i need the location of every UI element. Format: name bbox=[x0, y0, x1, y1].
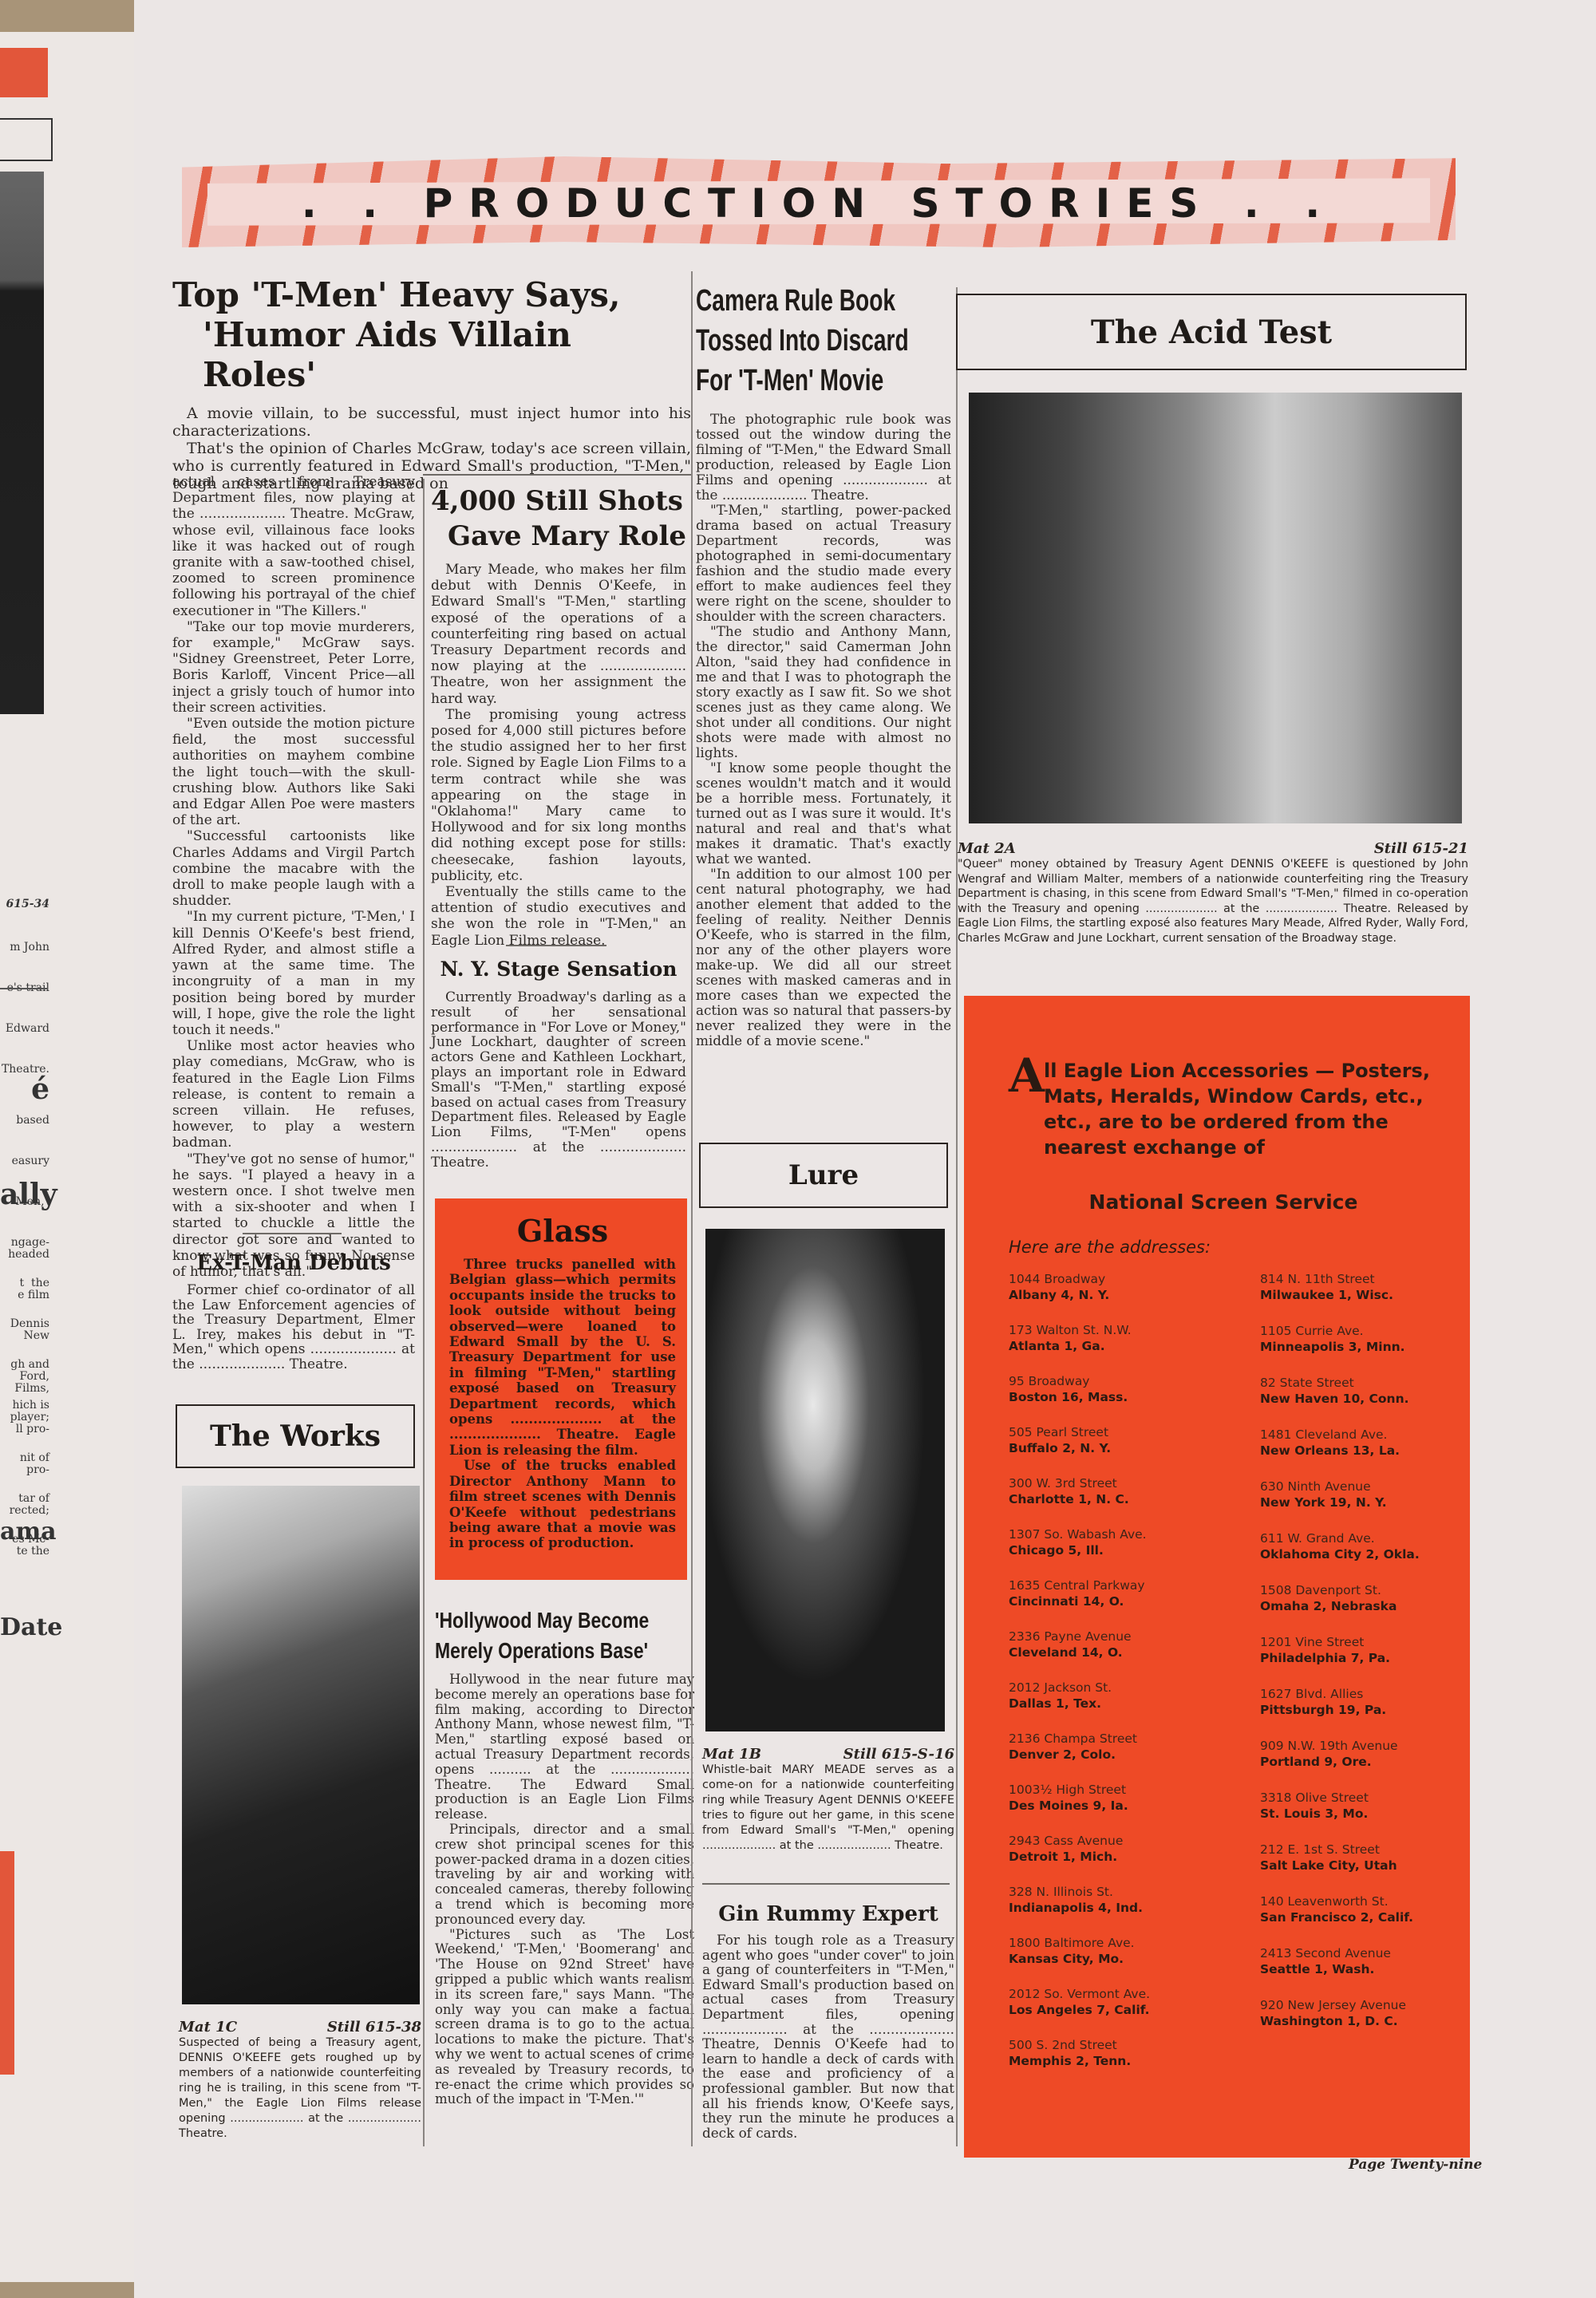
article-body: Mary Meade, who makes her film debut wit… bbox=[431, 562, 686, 949]
address-entry: 909 N.W. 19th AvenuePortland 9, Ore. bbox=[1260, 1738, 1499, 1790]
left-photo-fragment bbox=[0, 172, 44, 714]
paragraph: "The studio and Anthony Mann, the direct… bbox=[696, 624, 951, 760]
street: 920 New Jersey Avenue bbox=[1260, 1997, 1499, 2013]
address-entry: 1635 Central ParkwayCincinnati 14, O. bbox=[1009, 1577, 1260, 1629]
article-body: Hollywood in the near future may become … bbox=[435, 1672, 694, 2107]
street: 2943 Cass Avenue bbox=[1009, 1833, 1260, 1849]
acid-test-title-box: The Acid Test bbox=[956, 294, 1467, 370]
left-title-box-fragment bbox=[0, 118, 53, 161]
city: Charlotte 1, N. C. bbox=[1009, 1491, 1260, 1508]
article-4000-still-shots: 4,000 Still Shots Gave Mary Role Mary Me… bbox=[431, 484, 686, 949]
city: Indianapolis 4, Ind. bbox=[1009, 1900, 1260, 1917]
street: 82 State Street bbox=[1260, 1375, 1499, 1391]
city: St. Louis 3, Mo. bbox=[1260, 1806, 1499, 1822]
city: Portland 9, Ore. bbox=[1260, 1754, 1499, 1771]
address-entry: 505 Pearl StreetBuffalo 2, N. Y. bbox=[1009, 1424, 1260, 1475]
address-entry: 630 Ninth AvenueNew York 19, N. Y. bbox=[1260, 1479, 1499, 1530]
paragraph: Former chief co-ordinator of all the Law… bbox=[172, 1283, 415, 1372]
street: 173 Walton St. N.W. bbox=[1009, 1322, 1260, 1338]
headline: Gin Rummy Expert bbox=[702, 1902, 954, 1926]
address-entry: 1307 So. Wabash Ave.Chicago 5, Ill. bbox=[1009, 1526, 1260, 1577]
caption-header: Mat 1C Still 615-38 bbox=[179, 2019, 421, 2035]
street: 212 E. 1st S. Street bbox=[1260, 1842, 1499, 1858]
banner-title: . . PRODUCTION STORIES . . bbox=[182, 168, 1456, 239]
city: Dallas 1, Tex. bbox=[1009, 1696, 1260, 1712]
paragraph: "Successful cartoonists like Charles Add… bbox=[172, 828, 415, 909]
headline-line-2: Tossed Into Discard bbox=[696, 321, 885, 361]
headline-line-2: Gave Mary Role bbox=[431, 519, 686, 554]
headline-line-2: Merely Operations Base' bbox=[435, 1636, 648, 1666]
paragraph: Mary Meade, who makes her film debut wit… bbox=[431, 562, 686, 707]
paragraph: Currently Broadway's darling as a result… bbox=[431, 990, 686, 1171]
headline-line-1: 4,000 Still Shots bbox=[431, 484, 686, 519]
street: 1627 Blvd. Allies bbox=[1260, 1686, 1499, 1702]
box-top-rule bbox=[423, 474, 691, 476]
paragraph: For his tough role as a Treasury agent w… bbox=[702, 1933, 954, 2140]
paragraph: The promising young actress posed for 4,… bbox=[431, 707, 686, 884]
left-still-number: 615-34 bbox=[0, 898, 49, 911]
city: Cleveland 14, O. bbox=[1009, 1645, 1260, 1661]
drop-cap: A bbox=[1009, 1055, 1045, 1096]
headline-line-1: Camera Rule Book bbox=[696, 281, 885, 321]
paragraph: "In my current picture, 'T-Men,' I kill … bbox=[172, 909, 415, 1038]
city: New Haven 10, Conn. bbox=[1260, 1391, 1499, 1408]
paragraph: Use of the trucks enabled Director Antho… bbox=[449, 1458, 676, 1550]
address-entry: 1481 Cleveland Ave.New Orleans 13, La. bbox=[1260, 1427, 1499, 1479]
city: Seattle 1, Wash. bbox=[1260, 1961, 1499, 1978]
the-works-photo bbox=[182, 1486, 420, 2004]
column-rule bbox=[423, 479, 425, 2146]
address-entry: 2413 Second AvenueSeattle 1, Wash. bbox=[1260, 1945, 1499, 1997]
article-body: Three trucks panelled with Belgian glass… bbox=[449, 1257, 676, 1551]
street: 2413 Second Avenue bbox=[1260, 1945, 1499, 1961]
street: 2012 Jackson St. bbox=[1009, 1680, 1260, 1696]
street: 300 W. 3rd Street bbox=[1009, 1475, 1260, 1491]
city: San Francisco 2, Calif. bbox=[1260, 1909, 1499, 1926]
article-gin-rummy-expert: Gin Rummy Expert For his tough role as a… bbox=[702, 1902, 954, 2140]
city: Washington 1, D. C. bbox=[1260, 2013, 1499, 2030]
nss-lead-text: A ll Eagle Lion Accessories — Posters, M… bbox=[1009, 1058, 1438, 1160]
street: 1508 Davenport St. bbox=[1260, 1582, 1499, 1598]
city: Cincinnati 14, O. bbox=[1009, 1593, 1260, 1610]
fragment-line: ama bbox=[0, 1516, 49, 1548]
address-entry: 82 State StreetNew Haven 10, Conn. bbox=[1260, 1375, 1499, 1427]
city: Albany 4, N. Y. bbox=[1009, 1287, 1260, 1304]
address-column-right: 814 N. 11th StreetMilwaukee 1, Wisc. 110… bbox=[1260, 1271, 1499, 2088]
article-camera-rule-book: Camera Rule Book Tossed Into Discard For… bbox=[696, 281, 951, 1048]
street: 1105 Currie Ave. bbox=[1260, 1323, 1499, 1339]
street: 505 Pearl Street bbox=[1009, 1424, 1260, 1440]
column-rule bbox=[956, 287, 958, 2146]
street: 1201 Vine Street bbox=[1260, 1634, 1499, 1650]
address-entry: 1105 Currie Ave.Minneapolis 3, Minn. bbox=[1260, 1323, 1499, 1375]
street: 2136 Champa Street bbox=[1009, 1731, 1260, 1747]
address-entry: 3318 Olive StreetSt. Louis 3, Mo. bbox=[1260, 1790, 1499, 1842]
street: 140 Leavenworth St. bbox=[1260, 1893, 1499, 1909]
street: 2012 So. Vermont Ave. bbox=[1009, 1986, 1260, 2002]
paragraph: "T-Men," startling, power-packed drama b… bbox=[696, 503, 951, 624]
address-entry: 920 New Jersey AvenueWashington 1, D. C. bbox=[1260, 1997, 1499, 2049]
article-body: Currently Broadway's darling as a result… bbox=[431, 990, 686, 1171]
city: Los Angeles 7, Calif. bbox=[1009, 2002, 1260, 2019]
address-entry: 140 Leavenworth St.San Francisco 2, Cali… bbox=[1260, 1893, 1499, 1945]
headline-line-1: 'Hollywood May Become bbox=[435, 1605, 648, 1636]
street: 1003½ High Street bbox=[1009, 1782, 1260, 1798]
street: 1481 Cleveland Ave. bbox=[1260, 1427, 1499, 1443]
city: Buffalo 2, N. Y. bbox=[1009, 1440, 1260, 1457]
paragraph: The photographic rule book was tossed ou… bbox=[696, 412, 951, 503]
glass-article-box: Glass Three trucks panelled with Belgian… bbox=[435, 1198, 687, 1580]
city: Minneapolis 3, Minn. bbox=[1260, 1339, 1499, 1356]
city: Boston 16, Mass. bbox=[1009, 1389, 1260, 1406]
address-entry: 2136 Champa StreetDenver 2, Colo. bbox=[1009, 1731, 1260, 1782]
headline: Ex-T-Man Debuts bbox=[172, 1251, 415, 1275]
address-entry: 300 W. 3rd StreetCharlotte 1, N. C. bbox=[1009, 1475, 1260, 1526]
left-rule bbox=[0, 988, 48, 989]
city: Des Moines 9, Ia. bbox=[1009, 1798, 1260, 1814]
paragraph: "Even outside the motion picture field, … bbox=[172, 716, 415, 828]
address-entry: 173 Walton St. N.W.Atlanta 1, Ga. bbox=[1009, 1322, 1260, 1373]
paragraph: A movie villain, to be successful, must … bbox=[172, 405, 691, 440]
the-works-caption: Mat 1C Still 615-38 Suspected of being a… bbox=[179, 2019, 421, 2142]
article-ny-stage-sensation: N. Y. Stage Sensation Currently Broadway… bbox=[431, 958, 686, 1171]
addresses-label: Here are the addresses: bbox=[1009, 1238, 1438, 1257]
headline-line-1: Top 'T-Men' Heavy Says, bbox=[172, 275, 691, 315]
paragraph: Principals, director and a small crew sh… bbox=[435, 1822, 694, 1928]
address-entry: 1508 Davenport St.Omaha 2, Nebraska bbox=[1260, 1582, 1499, 1634]
city: Philadelphia 7, Pa. bbox=[1260, 1650, 1499, 1667]
mat-number: Mat 1C bbox=[179, 2019, 237, 2035]
street: 1044 Broadway bbox=[1009, 1271, 1260, 1287]
street: 611 W. Grand Ave. bbox=[1260, 1530, 1499, 1546]
lead-text: ll Eagle Lion Accessories — Posters, Mat… bbox=[1044, 1060, 1430, 1159]
paragraph: "Take our top movie murderers, for examp… bbox=[172, 619, 415, 716]
street: 1635 Central Parkway bbox=[1009, 1577, 1260, 1593]
lure-title-box: Lure bbox=[699, 1143, 948, 1208]
fragment-line: e film bbox=[0, 1289, 49, 1302]
mat-number: Mat 1B bbox=[702, 1746, 761, 1763]
street: 3318 Olive Street bbox=[1260, 1790, 1499, 1806]
city: Chicago 5, Ill. bbox=[1009, 1542, 1260, 1559]
city: Kansas City, Mo. bbox=[1009, 1951, 1260, 1968]
address-entry: 2012 So. Vermont Ave.Los Angeles 7, Cali… bbox=[1009, 1986, 1260, 2037]
mat-number: Mat 2A bbox=[958, 840, 1016, 857]
street: 328 N. Illinois St. bbox=[1009, 1884, 1260, 1900]
still-number: Still 615-21 bbox=[1374, 840, 1468, 857]
article-hollywood-operations-base: 'Hollywood May Become Merely Operations … bbox=[435, 1605, 694, 2107]
fragment-line: m John bbox=[0, 941, 49, 954]
street: 909 N.W. 19th Avenue bbox=[1260, 1738, 1499, 1754]
national-screen-service-box: A ll Eagle Lion Accessories — Posters, M… bbox=[964, 996, 1470, 2158]
address-entry: 1044 BroadwayAlbany 4, N. Y. bbox=[1009, 1271, 1260, 1322]
city: Oklahoma City 2, Okla. bbox=[1260, 1546, 1499, 1563]
service-name: National Screen Service bbox=[1009, 1190, 1438, 1214]
divider bbox=[506, 945, 606, 946]
city: Atlanta 1, Ga. bbox=[1009, 1338, 1260, 1355]
street: 2336 Payne Avenue bbox=[1009, 1629, 1260, 1645]
city: Pittsburgh 19, Pa. bbox=[1260, 1702, 1499, 1719]
article-body: For his tough role as a Treasury agent w… bbox=[702, 1933, 954, 2140]
paragraph: Unlike most actor heavies who play comed… bbox=[172, 1038, 415, 1151]
street: 500 S. 2nd Street bbox=[1009, 2037, 1260, 2053]
divider bbox=[243, 1233, 342, 1234]
fragment-line: Films, bbox=[0, 1382, 49, 1396]
address-entry: 212 E. 1st S. StreetSalt Lake City, Utah bbox=[1260, 1842, 1499, 1893]
city: Milwaukee 1, Wisc. bbox=[1260, 1287, 1499, 1304]
paragraph: Eventually the stills came to the attent… bbox=[431, 884, 686, 949]
lure-photo bbox=[705, 1229, 945, 1731]
fragment-line: headed bbox=[0, 1248, 49, 1262]
address-entry: 1201 Vine StreetPhiladelphia 7, Pa. bbox=[1260, 1634, 1499, 1686]
paragraph: Three trucks panelled with Belgian glass… bbox=[449, 1257, 676, 1458]
fragment-line: Date bbox=[0, 1612, 49, 1644]
left-page-fragment: 615-34 m John e's trail Edward Theatre. … bbox=[0, 32, 140, 2282]
address-column-left: 1044 BroadwayAlbany 4, N. Y. 173 Walton … bbox=[1009, 1271, 1260, 2088]
address-entry: 1800 Baltimore Ave.Kansas City, Mo. bbox=[1009, 1935, 1260, 1986]
address-entry: 814 N. 11th StreetMilwaukee 1, Wisc. bbox=[1260, 1271, 1499, 1323]
address-entry: 1003½ High StreetDes Moines 9, Ia. bbox=[1009, 1782, 1260, 1833]
city: Omaha 2, Nebraska bbox=[1260, 1598, 1499, 1615]
acid-test-caption: Mat 2A Still 615-21 "Queer" money obtain… bbox=[958, 840, 1468, 946]
page-number: Page Twenty-nine bbox=[1349, 2157, 1482, 2173]
the-works-title-box: The Works bbox=[176, 1404, 415, 1468]
article-ex-tman-debuts: Ex-T-Man Debuts Former chief co-ordinato… bbox=[172, 1251, 415, 1372]
city: New York 19, N. Y. bbox=[1260, 1494, 1499, 1511]
headline: Glass bbox=[449, 1213, 676, 1249]
address-entry: 2943 Cass AvenueDetroit 1, Mich. bbox=[1009, 1833, 1260, 1884]
article-body: The photographic rule book was tossed ou… bbox=[696, 412, 951, 1048]
headline-line-3: For 'T-Men' Movie bbox=[696, 361, 885, 401]
address-entry: 95 BroadwayBoston 16, Mass. bbox=[1009, 1373, 1260, 1424]
article-top-tmen-heavy: Top 'T-Men' Heavy Says, 'Humor Aids Vill… bbox=[172, 275, 691, 492]
lure-caption: Mat 1B Still 615-S-16 Whistle-bait MARY … bbox=[702, 1746, 954, 1854]
city: Memphis 2, Tenn. bbox=[1009, 2053, 1260, 2070]
paragraph: actual cases from Treasury Department fi… bbox=[172, 474, 415, 619]
street: 1800 Baltimore Ave. bbox=[1009, 1935, 1260, 1951]
fragment-line: New bbox=[0, 1329, 49, 1343]
headline: N. Y. Stage Sensation bbox=[431, 958, 686, 981]
address-entry: 500 S. 2nd StreetMemphis 2, Tenn. bbox=[1009, 2037, 1260, 2088]
left-orange-box-fragment bbox=[0, 1851, 14, 2075]
street: 814 N. 11th Street bbox=[1260, 1271, 1499, 1287]
acid-test-photo bbox=[969, 393, 1462, 823]
address-entry: 2012 Jackson St.Dallas 1, Tex. bbox=[1009, 1680, 1260, 1731]
fragment-line: -Men," bbox=[0, 1195, 49, 1209]
address-entry: 2336 Payne AvenueCleveland 14, O. bbox=[1009, 1629, 1260, 1680]
city: Detroit 1, Mich. bbox=[1009, 1849, 1260, 1866]
caption-text: Suspected of being a Treasury agent, DEN… bbox=[179, 2035, 421, 2142]
address-entry: 611 W. Grand Ave.Oklahoma City 2, Okla. bbox=[1260, 1530, 1499, 1582]
paragraph: "I know some people thought the scenes w… bbox=[696, 760, 951, 867]
divider bbox=[702, 1883, 950, 1885]
article-top-tmen-heavy-body: actual cases from Treasury Department fi… bbox=[172, 474, 415, 1280]
address-entry: 1627 Blvd. AlliesPittsburgh 19, Pa. bbox=[1260, 1686, 1499, 1738]
paragraph: "Pictures such as 'The Lost Weekend,' 'T… bbox=[435, 1928, 694, 2108]
still-number: Still 615-S-16 bbox=[843, 1746, 954, 1763]
article-body: Former chief co-ordinator of all the Law… bbox=[172, 1283, 415, 1372]
headline-line-2: 'Humor Aids Villain Roles' bbox=[172, 315, 691, 395]
left-headline-fragment-2: ama Date bbox=[0, 1452, 49, 1708]
city: Salt Lake City, Utah bbox=[1260, 1858, 1499, 1874]
address-entry: 328 N. Illinois St.Indianapolis 4, Ind. bbox=[1009, 1884, 1260, 1935]
column-rule bbox=[691, 271, 693, 2146]
street: 1307 So. Wabash Ave. bbox=[1009, 1526, 1260, 1542]
left-banner-fragment bbox=[0, 48, 48, 97]
fragment-line: based bbox=[0, 1114, 49, 1127]
street: 95 Broadway bbox=[1009, 1373, 1260, 1389]
paragraph: "In addition to our almost 100 per cent … bbox=[696, 867, 951, 1048]
caption-header: Mat 2A Still 615-21 bbox=[958, 840, 1468, 857]
caption-header: Mat 1B Still 615-S-16 bbox=[702, 1746, 954, 1763]
still-number: Still 615-38 bbox=[327, 2019, 421, 2035]
fragment-line: easury bbox=[0, 1155, 49, 1168]
city: New Orleans 13, La. bbox=[1260, 1443, 1499, 1459]
fragment-line: ll pro- bbox=[0, 1423, 49, 1436]
address-list: 1044 BroadwayAlbany 4, N. Y. 173 Walton … bbox=[1009, 1271, 1438, 2088]
street: 630 Ninth Avenue bbox=[1260, 1479, 1499, 1494]
caption-text: "Queer" money obtained by Treasury Agent… bbox=[958, 857, 1468, 946]
city: Denver 2, Colo. bbox=[1009, 1747, 1260, 1763]
caption-text: Whistle-bait MARY MEADE serves as a come… bbox=[702, 1763, 954, 1854]
paragraph: Hollywood in the near future may become … bbox=[435, 1672, 694, 1822]
